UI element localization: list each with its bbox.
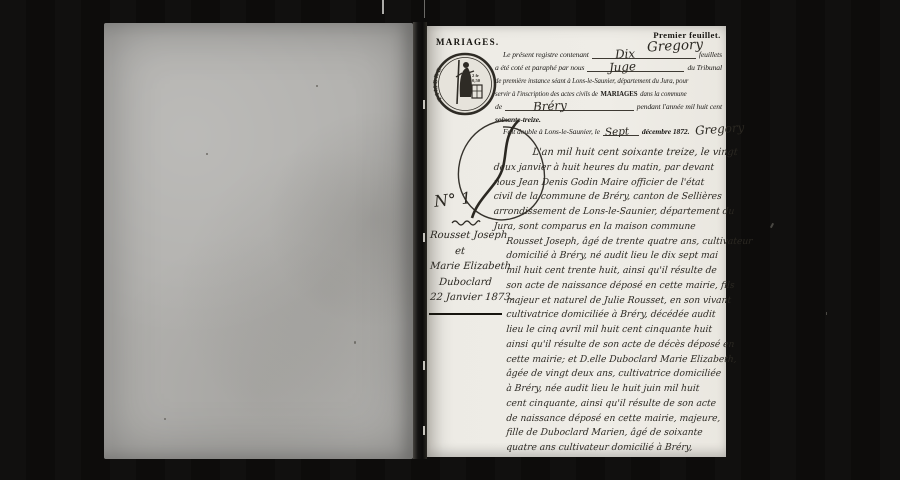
preamble-text: a été coté et paraphé par nous bbox=[495, 63, 584, 72]
official-signature: Gregory bbox=[695, 120, 745, 137]
form-blank: Bréry bbox=[505, 101, 634, 111]
preamble-line-2: a été coté et paraphé par nous Juge du T… bbox=[495, 61, 722, 72]
preamble-text: Le présent registre contenant bbox=[503, 50, 589, 59]
act-body-text: L'an mil huit cent soixante treize, le v… bbox=[493, 146, 723, 456]
act-text-line: quatre ans cultivateur domicilié à Bréry… bbox=[493, 441, 717, 456]
form-blank: Sept bbox=[603, 126, 639, 136]
act-text-line: L'an mil huit cent soixante treize, le v… bbox=[493, 146, 717, 161]
preamble-line-5: de Bréry pendant l'année mil huit cent bbox=[495, 100, 722, 111]
preamble-date: décembre 1872. bbox=[642, 127, 690, 136]
act-text-line: majeur et naturel de Julie Rousset, en s… bbox=[493, 294, 717, 309]
act-text-line: son acte de naissance déposé en cette ma… bbox=[493, 279, 717, 294]
register-page: MARIAGES. TIMBRE 2 fr 0,50 Premier feuil… bbox=[427, 26, 726, 457]
paper-speck bbox=[164, 418, 166, 420]
preamble-text: pendant l'année mil huit cent bbox=[637, 102, 722, 111]
preamble-text: dans la commune bbox=[640, 89, 686, 98]
scan-speck bbox=[770, 223, 774, 228]
act-text-line: nous Jean Denis Godin Maire officier de … bbox=[493, 176, 717, 191]
act-text-line: civil de la commune de Bréry, canton de … bbox=[493, 190, 717, 205]
handwritten-fill: Juge bbox=[608, 60, 636, 73]
preamble-line-4: servir à l'inscription des actes civils … bbox=[495, 87, 699, 98]
paper-speck bbox=[354, 341, 356, 344]
binding-stitch bbox=[423, 426, 425, 435]
margin-squiggle bbox=[451, 218, 481, 226]
scanned-register-spread: MARIAGES. TIMBRE 2 fr 0,50 Premier feuil… bbox=[0, 0, 900, 480]
act-number: N° 1 bbox=[433, 188, 472, 211]
act-text-line: de naissance déposé en cette mairie, maj… bbox=[493, 412, 717, 427]
preamble-text: servir à l'inscription des actes civils … bbox=[495, 89, 598, 98]
act-text-line: arrondissement de Lons-le-Saunier, dépar… bbox=[493, 205, 717, 220]
act-text-line: domicilié à Bréry, né audit lieu le dix … bbox=[493, 249, 717, 264]
paper-speck bbox=[206, 153, 208, 155]
handwritten-fill: Sept bbox=[604, 126, 628, 138]
preamble-keyword: MARIAGES bbox=[601, 89, 638, 98]
margin-underline bbox=[429, 313, 502, 315]
scan-artifact-line bbox=[382, 0, 384, 14]
form-blank: Dix bbox=[592, 49, 696, 59]
act-text-line: cultivatrice domiciliée à Bréry, décédée… bbox=[493, 308, 717, 323]
act-text-line: deux janvier à huit heures du matin, par… bbox=[493, 161, 717, 176]
preamble-text: feuillets bbox=[699, 50, 722, 59]
preamble-text: de bbox=[495, 102, 502, 111]
timbre-stamp-icon: TIMBRE 2 fr 0,50 bbox=[432, 51, 498, 117]
act-text-line: ainsi qu'il résulte de son acte de décès… bbox=[493, 338, 717, 353]
preamble-text: de première instance séant à Lons-le-Sau… bbox=[495, 76, 688, 85]
register-type-label: MARIAGES. bbox=[436, 37, 499, 47]
preamble-line-3: de première instance séant à Lons-le-Sau… bbox=[495, 74, 699, 85]
act-text-line: à Bréry, née audit lieu le huit juin mil… bbox=[493, 382, 717, 397]
form-blank: Juge bbox=[587, 62, 684, 72]
binding-stitch bbox=[423, 361, 425, 370]
act-text-line: cent cinquante, ainsi qu'il résulte de s… bbox=[493, 397, 717, 412]
act-text-line: fille de Duboclard Marien, âgé de soixan… bbox=[493, 426, 717, 441]
preamble-line-1: Le présent registre contenant Dix feuill… bbox=[503, 48, 722, 59]
act-text-line: cette mairie; et D.elle Duboclard Marie … bbox=[493, 353, 717, 368]
handwritten-fill: Bréry bbox=[533, 99, 567, 113]
act-text-line: Rousset Joseph, âgé de trente quatre ans… bbox=[493, 235, 717, 250]
scan-speck bbox=[826, 312, 827, 315]
blank-left-page bbox=[104, 23, 413, 459]
act-text-line: mil huit cent trente huit, ainsi qu'il r… bbox=[493, 264, 717, 279]
binding-stitch bbox=[423, 100, 425, 109]
act-text-line: lieu le cinq avril mil huit cent cinquan… bbox=[493, 323, 717, 338]
preamble-text: du Tribunal bbox=[687, 63, 722, 72]
paper-speck bbox=[316, 85, 318, 87]
svg-text:0,50: 0,50 bbox=[472, 78, 481, 83]
act-text-line: Jura, sont comparus en la maison commune bbox=[493, 220, 717, 235]
act-text-line: âgée de vingt deux ans, cultivatrice dom… bbox=[493, 367, 717, 382]
scan-artifact-line bbox=[424, 0, 425, 18]
binding-stitch bbox=[423, 233, 425, 242]
